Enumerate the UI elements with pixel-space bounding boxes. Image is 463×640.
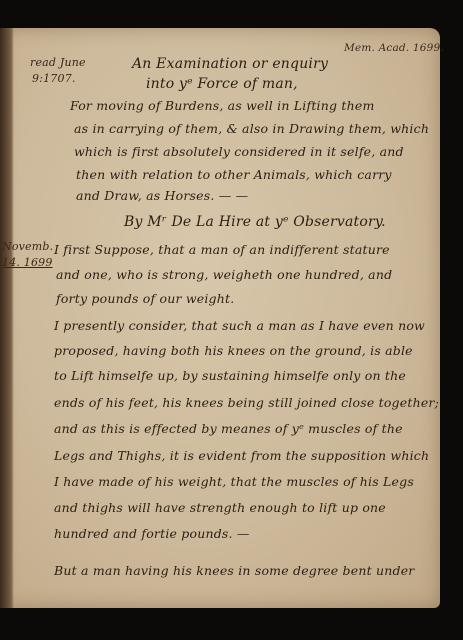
- body-line-5: proposed, having both his knees on the g…: [54, 343, 413, 358]
- intro-line-4: then with relation to other Animals, whi…: [76, 167, 392, 182]
- page-binding-edge: [0, 28, 14, 608]
- margin-note-read-line1: read June: [30, 56, 86, 69]
- intro-line-1: For moving of Burdens, as well in Liftin…: [70, 98, 375, 113]
- body-line-7: ends of his feet, his knees being still …: [54, 395, 439, 410]
- body-line-2: and one, who is strong, weigheth one hun…: [56, 267, 392, 282]
- intro-line-2: as in carrying of them, & also in Drawin…: [74, 121, 429, 136]
- intro-line-5: and Draw, as Horses. — —: [76, 188, 248, 203]
- body-line-4: I presently consider, that such a man as…: [54, 318, 425, 333]
- body-line-13: But a man having his knees in some degre…: [54, 563, 414, 578]
- body-line-11: and thighs will have strength enough to …: [54, 500, 386, 515]
- margin-note-date-line2: 14. 1699: [2, 256, 53, 269]
- body-line-10: I have made of his weight, that the musc…: [54, 474, 414, 489]
- body-line-6: to Lift himselfe up, by sustaining himse…: [54, 368, 406, 383]
- body-line-3: forty pounds of our weight.: [56, 291, 234, 306]
- manuscript-page: Mem. Acad. 1699. read June 9:1707. An Ex…: [0, 28, 440, 608]
- archive-reference: Mem. Acad. 1699.: [344, 42, 444, 54]
- author-line: By Mʳ De La Hire at yᵉ Observatory.: [124, 214, 386, 230]
- intro-line-3: which is first absolutely considered in …: [74, 144, 404, 159]
- margin-note-date-line1: Novemb.: [2, 240, 53, 253]
- body-line-1: I first Suppose, that a man of an indiff…: [54, 242, 390, 257]
- title-line-1: An Examination or enquiry: [132, 56, 328, 72]
- body-line-8: and as this is effected by meanes of yᵉ …: [54, 421, 403, 436]
- margin-note-read-line2: 9:1707.: [32, 72, 76, 85]
- title-line-2: into yᵉ Force of man,: [146, 76, 298, 92]
- body-line-12: hundred and fortie pounds. —: [54, 526, 250, 541]
- body-line-9: Legs and Thighs, it is evident from the …: [54, 448, 429, 463]
